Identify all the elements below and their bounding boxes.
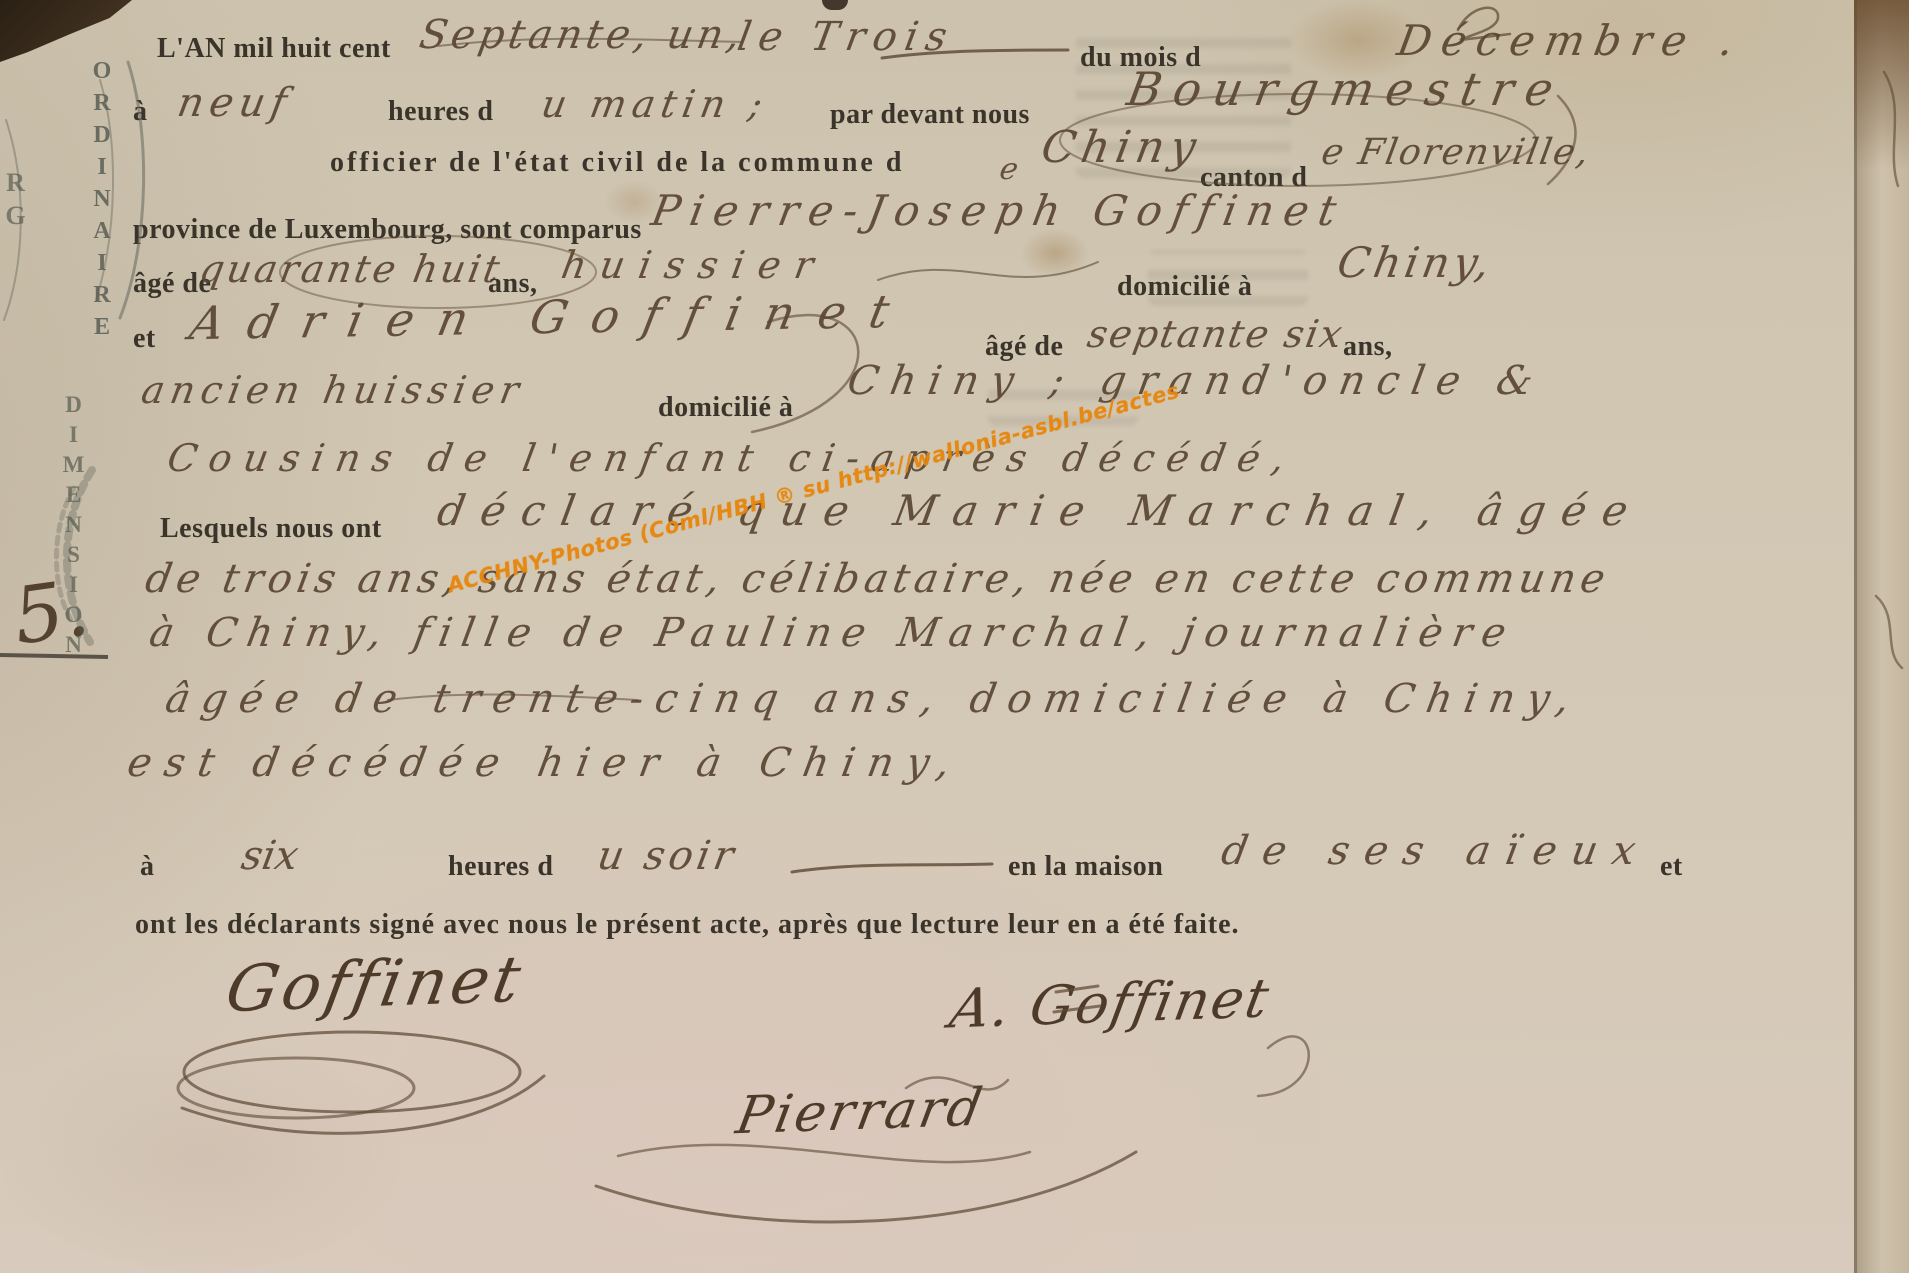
handwritten-entry: e Florenville, (1318, 132, 1593, 173)
handwritten-entry: est décédée hier à Chiny, (124, 740, 967, 786)
printed-form-text: à (140, 851, 155, 883)
signature3-flourish (596, 1152, 1136, 1222)
handwritten-entry: âgée de trente-cinq ans, domiciliée à Ch… (162, 676, 1585, 722)
handwritten-entry: u soir (594, 833, 741, 879)
partial-stamp-ordinaire: ORDINAIRE (88, 58, 115, 346)
handwritten-entry: de trois ans, sans état, célibataire, né… (142, 556, 1614, 602)
printed-form-text: heures d (388, 96, 493, 128)
printed-form-text: Lesquels nous ont (160, 513, 382, 545)
paper-stain (0, 1040, 400, 1273)
page-corner-shadow-right (1854, 0, 1909, 170)
signature-declarant-2: A. Goffinet (945, 966, 1275, 1040)
handwritten-entry: Bourgmestre (1123, 62, 1569, 116)
handwritten-entry: six (238, 833, 302, 879)
printed-form-text: en la maison (1008, 851, 1163, 883)
partial-stamp-edge-letters: RG (0, 168, 30, 234)
dash-after-soir (792, 864, 992, 872)
printed-form-text: officier de l'état civil de la commune d (330, 147, 904, 179)
signature-officer: Pierrard (732, 1078, 990, 1147)
handwritten-entry: quarante huit (196, 247, 506, 291)
handwritten-entry: huissier (558, 243, 831, 287)
handwritten-entry: Adrien Goffinet (185, 284, 917, 351)
page-fold-margin (1854, 0, 1909, 1273)
printed-form-text: à (133, 96, 148, 128)
printed-form-text: domicilié à (658, 392, 793, 424)
printed-form-text: heures d (448, 851, 553, 883)
handwritten-page-number: 5. (8, 563, 94, 662)
printed-form-text: province de Luxembourg, sont comparus (133, 214, 642, 246)
handwritten-entry: ancien huissier (138, 368, 528, 412)
printed-form-text: par devant nous (830, 99, 1030, 131)
signature2-tail (1258, 1036, 1309, 1096)
handwritten-entry: Chiny (1038, 122, 1206, 173)
printed-form-text: et (133, 323, 156, 355)
printed-form-text: L'AN mil huit cent (157, 33, 391, 65)
handwritten-entry: e (997, 152, 1021, 187)
handwritten-entry: Cousins de l'enfant ci-après décédé, (164, 436, 1300, 480)
handwritten-entry: u matin ; (538, 82, 772, 126)
handwritten-entry: Septante, un, (416, 12, 748, 58)
handwritten-entry: Décembre . (1394, 16, 1748, 65)
handwritten-entry: de ses aïeux (1218, 828, 1654, 874)
printed-form-text: ont les déclarants signé avec nous le pr… (135, 909, 1240, 941)
handwritten-entry: Pierre-Joseph Goffinet (648, 186, 1350, 235)
printed-form-text: et (1660, 851, 1683, 883)
handwritten-entry: à Chiny, fille de Pauline Marchal, journ… (146, 610, 1520, 656)
signature-declarant-1: Goffinet (220, 943, 529, 1027)
handwritten-entry: Chiny, (1334, 238, 1498, 287)
paper-stain (1020, 228, 1090, 278)
handwritten-entry: le Trois (734, 14, 959, 60)
page-corner-shadow (0, 0, 132, 62)
handwritten-entry: neuf (174, 80, 296, 126)
scanned-civil-record-page: ORDINAIRE RG DIMENSION 5. L'AN mil huit … (0, 0, 1909, 1273)
scan-edge-mark (822, 0, 848, 10)
handwritten-entry: septante six (1084, 312, 1347, 356)
signature3-flourish (618, 1145, 1030, 1162)
printed-form-text: domicilié à (1117, 271, 1252, 303)
